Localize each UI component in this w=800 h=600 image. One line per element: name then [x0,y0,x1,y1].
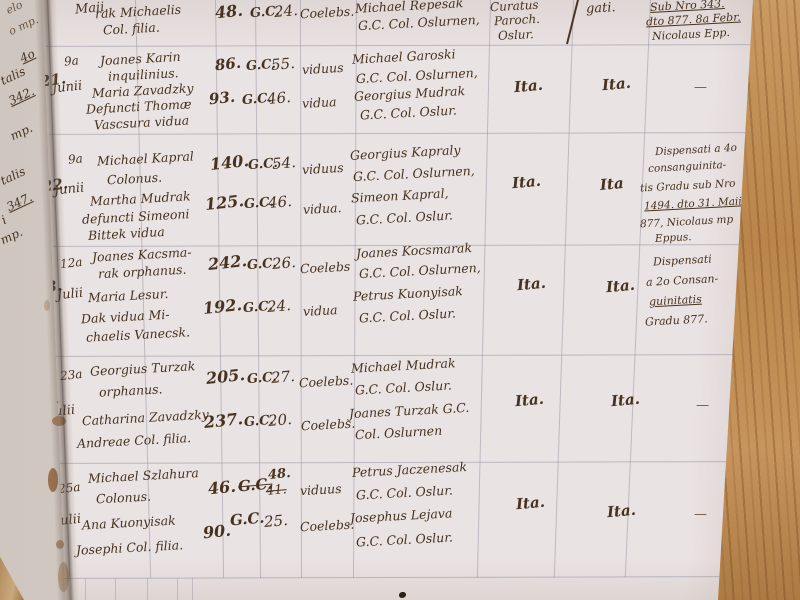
ita-mark-1: Ita. [514,392,544,409]
entry-text-line: Michael Kapral [97,150,194,168]
age-groom: 26. [271,255,296,272]
age-bride: 24. [266,298,291,315]
age-value: 24. [273,3,298,20]
witness-line: G.C. Col. Oslur. [359,307,456,325]
witness-line: G.C. Col. Oslur. [356,484,453,502]
marriage-date-day: 9a [67,152,83,165]
remark-line: consanguinita- [648,160,727,175]
house-number: 48. [214,3,243,22]
remark-line: guinitatis [649,294,702,308]
house-number-bride: 90. [202,523,231,542]
grid-short-line [192,578,193,600]
remark-line: Dispensati [653,253,712,267]
entry-text-line: Colonus. [107,172,163,187]
pen-stroke [566,0,579,44]
entry-text-line: Colonus. [96,491,152,506]
officiant-line: Paroch. [494,13,540,27]
entry-text-line: orphanus. [99,383,163,399]
status-groom: Coelebs. [299,375,354,390]
witness-line: Michael Garoski [352,48,456,66]
register-row: 24. 23a Julii Georgius Turzak orphanus. … [0,355,800,462]
facing-page-fragment: mp. [9,122,35,143]
witness-line: G.C. Col. Oslur. [356,209,453,227]
status-bride: Coelebs. [301,418,356,433]
age-groom: 54. [271,155,296,172]
facing-page-fragment: talis [0,165,27,187]
facing-page-fragment: talis [0,65,27,87]
facing-page-fragment: 347. [5,191,34,213]
remark-line: Gradu 877. [645,313,708,327]
entry-text-line: Martha Mudrak [90,190,191,208]
status-bride: vidua [302,96,337,110]
facing-page-fragment: mp. [0,226,24,247]
dash-mark: — [694,81,707,94]
age-bride: 46. [266,90,291,107]
ita-mark-1: Ita. [516,276,546,293]
religion-abbrev: G.C. [229,511,265,529]
status-value: Coelebs. [300,6,355,21]
house-number-bride: 237. [203,411,243,431]
witness-line: Joanes Kocsmarak [356,242,473,261]
entry-text-line: Michael Szlahura [88,467,199,485]
marriage-date-day: 9a [63,54,79,67]
officiant-line: Oslur. [498,28,534,42]
witness-line: G.C. Col. Oslurnen, [353,165,475,184]
witness-line: Col. Oslurnen [355,425,443,442]
witness-line: Petrus Jaczenesak [352,461,468,480]
witness-line: Simeon Kapral, [351,187,449,205]
house-number-bride: 192. [202,297,242,317]
status-groom: viduus [302,162,344,177]
entry-text-line: chaelis Vanecsk. [86,326,191,344]
house-number-groom: 140. [209,153,249,173]
house-number-groom: 205. [205,367,245,387]
status-bride: vidua. [303,202,342,217]
remark-line: Eppus. [655,232,692,244]
entry-text-line: Maria Lesur. [88,288,169,305]
entry-text-line: rak Michaelis [95,4,182,21]
ita-mark-1: Ita. [515,495,545,512]
witness-line: Petrus Kuonyisak [353,285,463,303]
ita-mark-2: Ita. [605,278,635,295]
witness-line: G.C. Col. Oslur. [356,531,453,549]
entry-text-line: Georgius Turzak [90,360,196,378]
entry-text-line: Vascsura vidua [94,115,190,132]
house-number-groom: 242. [207,253,247,273]
witness-line: Georgius Kapraly [350,144,461,162]
witness-line: Joanes Turzak G.C. [349,402,470,421]
ita-mark-1: Ita. [511,174,541,191]
entry-text-line: Josephi Col. filia. [76,539,184,557]
remark-line: Nicolaus Epp. [652,27,730,42]
witness-line: G.C. Col. Oslur. [360,104,457,122]
status-bride: Coelebs. [300,519,355,534]
entry-text-line: Andreae Col. filia. [77,432,192,450]
witness-line: Georgius Mudrak [354,85,466,103]
entry-text-line: Catharina Zavadzky [82,409,209,428]
entry-text-line: Ana Kuonyisak [82,515,176,532]
witness-line: G.C. Col. Oslur. [355,379,452,397]
status-groom: viduus [300,483,342,498]
register-page: Maii. rak Michaelis Col. filia. 48. G.C.… [0,0,800,600]
status-bride: vidua [303,304,338,318]
dash-mark: — [694,508,707,521]
witness-line: G.C. Col. Oslurnen, [358,14,480,33]
register-row: 25. 25a Julii Michael Szlahura Colonus. … [0,462,800,577]
facing-page-fragment: 4o [18,47,37,64]
status-groom: viduus [302,62,344,77]
remark-line: tis Gradu sub Nro [640,179,736,194]
grid-short-line [115,578,116,600]
register-photo: elo o mp. 4o talis 342. mp. talis 347. i… [0,0,800,600]
remark-line: Dispensati a 4o [655,143,737,158]
remark-line: 877, Nicolaus mp [640,215,734,230]
entry-text-line: Col. filia. [103,22,160,37]
ita-mark-2: Ita. [606,503,636,520]
grid-short-line [147,578,148,600]
ita-mark-2: Ita. [610,392,640,409]
house-number-groom: 86. [214,56,242,74]
remark-line: 1494. dto 31. Maii [644,196,742,212]
register-row: 23. 12a Julii Joanes Kacsma- rak orphanu… [0,245,800,355]
age-groom-corrected: 48. [267,467,291,482]
house-number-groom: 46. [207,479,236,498]
age-bride: 20. [267,412,292,429]
remark-line: a 2o Consan- [646,273,719,288]
ita-mark-1: Ita. [513,78,543,95]
house-number-bride: 125. [204,193,244,213]
register-row: 21. 9a Junii Joanes Karin inquilinius. M… [0,45,800,133]
witness-line: G.C. Col. Oslurnen, [359,262,481,281]
facing-page-fragment: 342. [7,85,36,107]
age-groom: 27. [270,369,295,386]
entry-text-line: defuncti Simeoni [82,208,190,226]
ita-mark-2: Ita [599,176,624,193]
age-groom: 55. [270,56,295,73]
entry-text-line: Bittek vidua [88,226,165,242]
witness-line: Josephus Lejava [350,507,453,525]
ita-mark-2: Ita. [601,76,631,93]
facing-page-fragment: i [0,214,8,227]
grid-short-line [85,578,86,600]
entry-text-line: Dak vidua Mi- [81,309,170,326]
facing-page-fragment: elo [4,0,24,16]
status-groom: Coelebs [300,261,351,276]
age-bride: 46. [267,194,292,211]
entry-text-line: gati. [586,1,616,16]
grid-short-line [177,578,178,600]
age-groom-struck: 41. [265,483,287,498]
witness-line: Michael Mudrak [351,357,456,375]
dash-mark: — [696,399,709,412]
age-bride: 25. [263,513,288,530]
register-row: 22. 9a Junii Michael Kapral Colonus. Mar… [0,133,800,245]
register-row-partial: Maii. rak Michaelis Col. filia. 48. G.C.… [0,0,800,45]
entry-text-line: rak orphanus. [98,264,187,281]
house-number-bride: 93. [208,90,236,108]
